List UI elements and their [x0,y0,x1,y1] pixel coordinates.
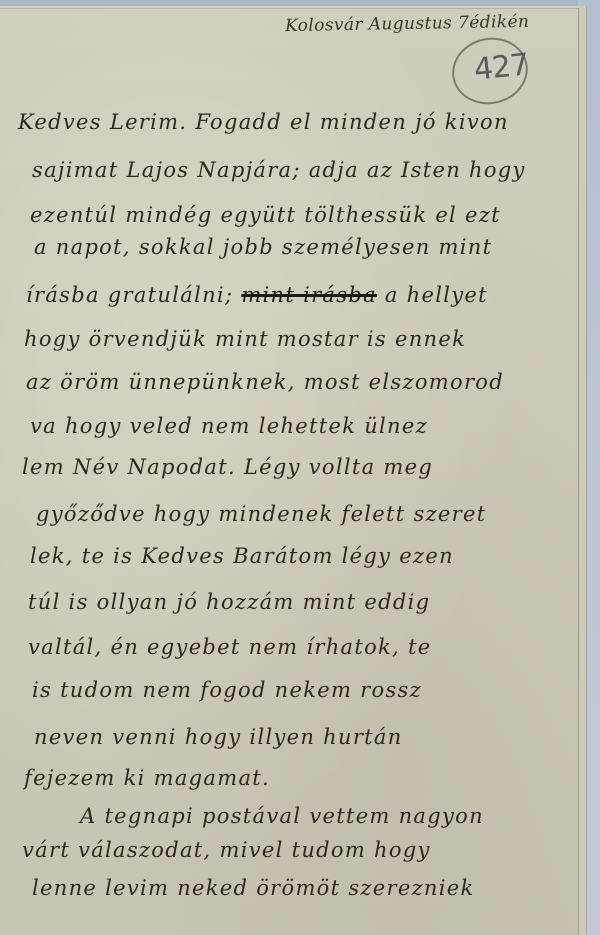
letter-line-5: írásba gratulálni; mint irásba a hellyet [26,283,488,307]
letter-line-2: sajimat Lajos Napjára; adja az Isten hog… [32,158,526,182]
letter-line-16: fejezem ki magamat. [24,766,270,790]
letter-line-8: va hogy veled nem lehettek ülnez [30,414,428,438]
letter-line-4: a napot, sokkal jobb személyesen mint [34,235,492,259]
letter-line-3: ezentúl mindég együtt tölthessük el ezt [30,203,501,227]
letter-line-15: neven venni hogy illyen hurtán [34,725,403,749]
letter-line-5-start: írásba gratulálni; [26,283,233,307]
letter-line-9: lem Név Napodat. Légy vollta meg [22,455,433,479]
letter-line-5-end: a hellyet [385,283,488,307]
letter-line-13: valtál, én egyebet nem írhatok, te [28,635,431,659]
letter-line-12: túl is ollyan jó hozzám mint eddig [28,590,430,614]
letter-body: Kedves Lerim. Fogadd el minden jó kivon … [0,0,578,935]
letter-line-18: várt válaszodat, mivel tudom hogy [22,838,431,862]
letter-line-7: az öröm ünnepünknek, most elszomorod [26,370,504,394]
letter-line-17: A tegnapi postával vettem nagyon [80,804,484,828]
letter-line-11: lek, te is Kedves Barátom légy ezen [30,544,454,568]
letter-line-6: hogy örvendjük mint mostar is ennek [24,327,466,351]
letter-line-1: Kedves Lerim. Fogadd el minden jó kivon [18,110,509,134]
letter-line-14: is tudom nem fogod nekem rossz [32,678,422,702]
struck-through-text: mint irásba [241,283,377,307]
letter-line-10: győződve hogy mindenek felett szeret [36,502,486,526]
letter-line-19: lenne levim neked örömöt szerezniek [32,876,475,900]
